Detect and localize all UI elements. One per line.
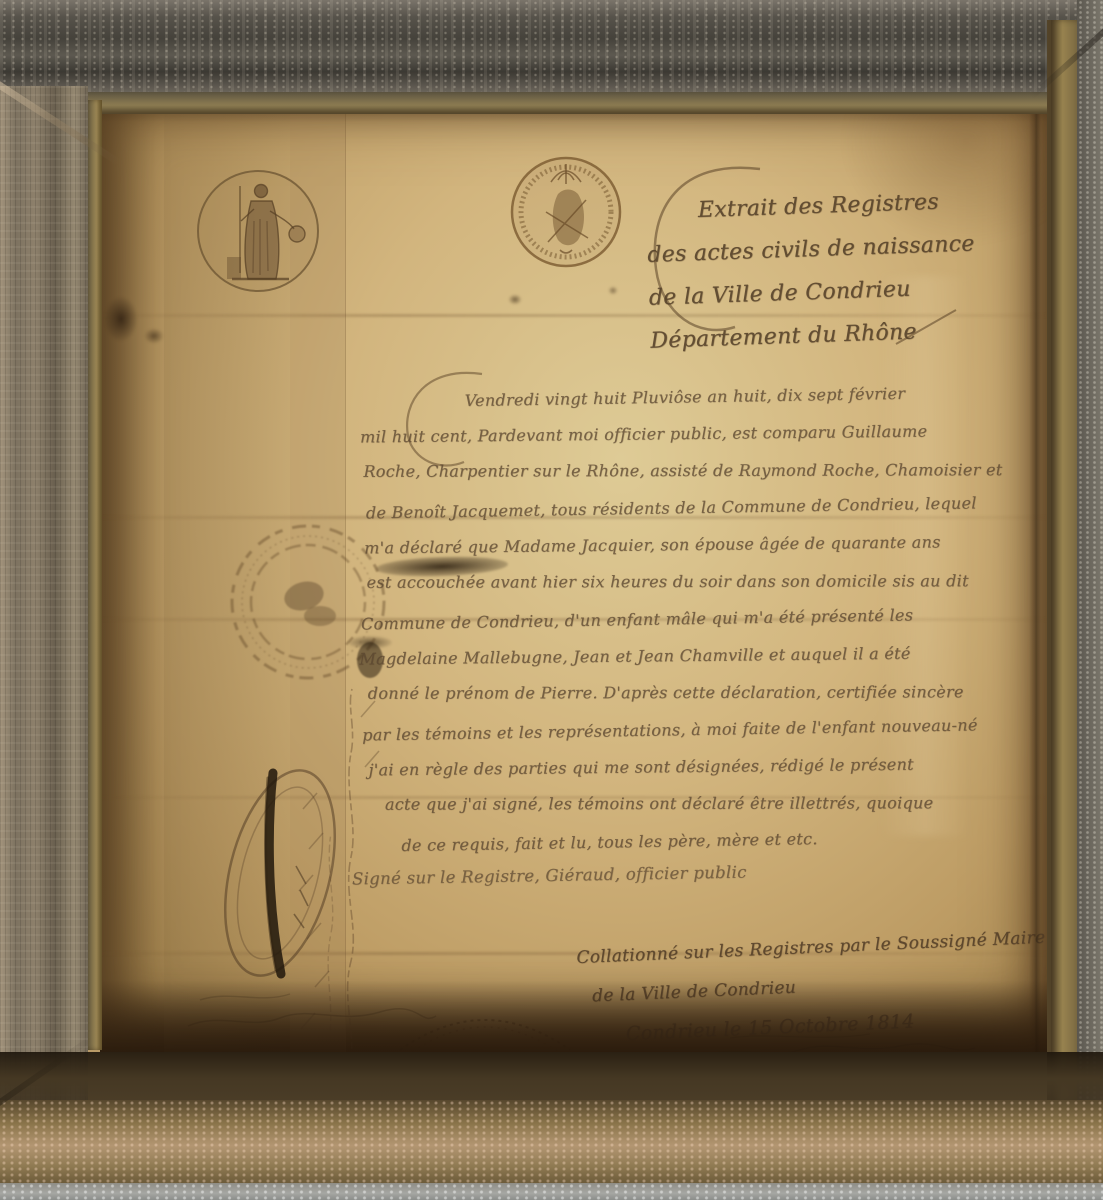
ink-stain [104,296,138,342]
document-heading: Extrait des Registres des actes civils d… [645,177,1041,363]
frame-bottom-gilt-rail [0,1100,1103,1183]
ink-stain [144,328,164,344]
closing-block: Collationné sur les Registres par le Sou… [576,919,1041,1052]
body-line: est accouchée avant hier six heures du s… [367,562,1035,601]
figure-stamp-icon [188,161,328,301]
body-line: donné le prénom de Pierre. D'après cette… [368,673,1036,712]
frame-top-inner-bevel [60,92,1063,114]
body-line: mil huit cent, Pardevant moi officier pu… [360,411,1033,455]
attestation-line: Signé sur le Registre, Giéraud, officier… [352,863,747,889]
document-paper: Extrait des Registres des actes civils d… [100,96,1047,1052]
frame-left-inner-bevel [88,100,102,1050]
framed-document-photo: Extrait des Registres des actes civils d… [0,0,1103,1200]
frame-right-inner-bevel [1047,20,1077,1102]
ink-stain [608,286,618,295]
frame-top-rail [0,0,1103,92]
frame-left-rail [0,86,88,1100]
body-line: acte que j'ai signé, les témoins ont déc… [385,784,1037,823]
crown-stamp-icon [506,152,626,272]
paper-left-dark-stain [100,96,164,1052]
frame-bottom-silver-strip [0,1183,1103,1200]
frame-bottom-shadow-seam [0,1052,1103,1100]
body-line: de ce requis, fait et lu, tous les père,… [401,816,1038,864]
ink-stain [508,294,522,305]
body-line: Roche, Charpentier sur le Rhône, assisté… [363,451,1033,490]
frame-right-rail [1077,0,1103,1102]
faint-marks-bottom-left [180,976,440,1046]
paper-right-crease-shadow [1029,96,1041,1052]
document-body-text: Vendredi vingt huit Pluviôse an huit, di… [353,374,1038,862]
